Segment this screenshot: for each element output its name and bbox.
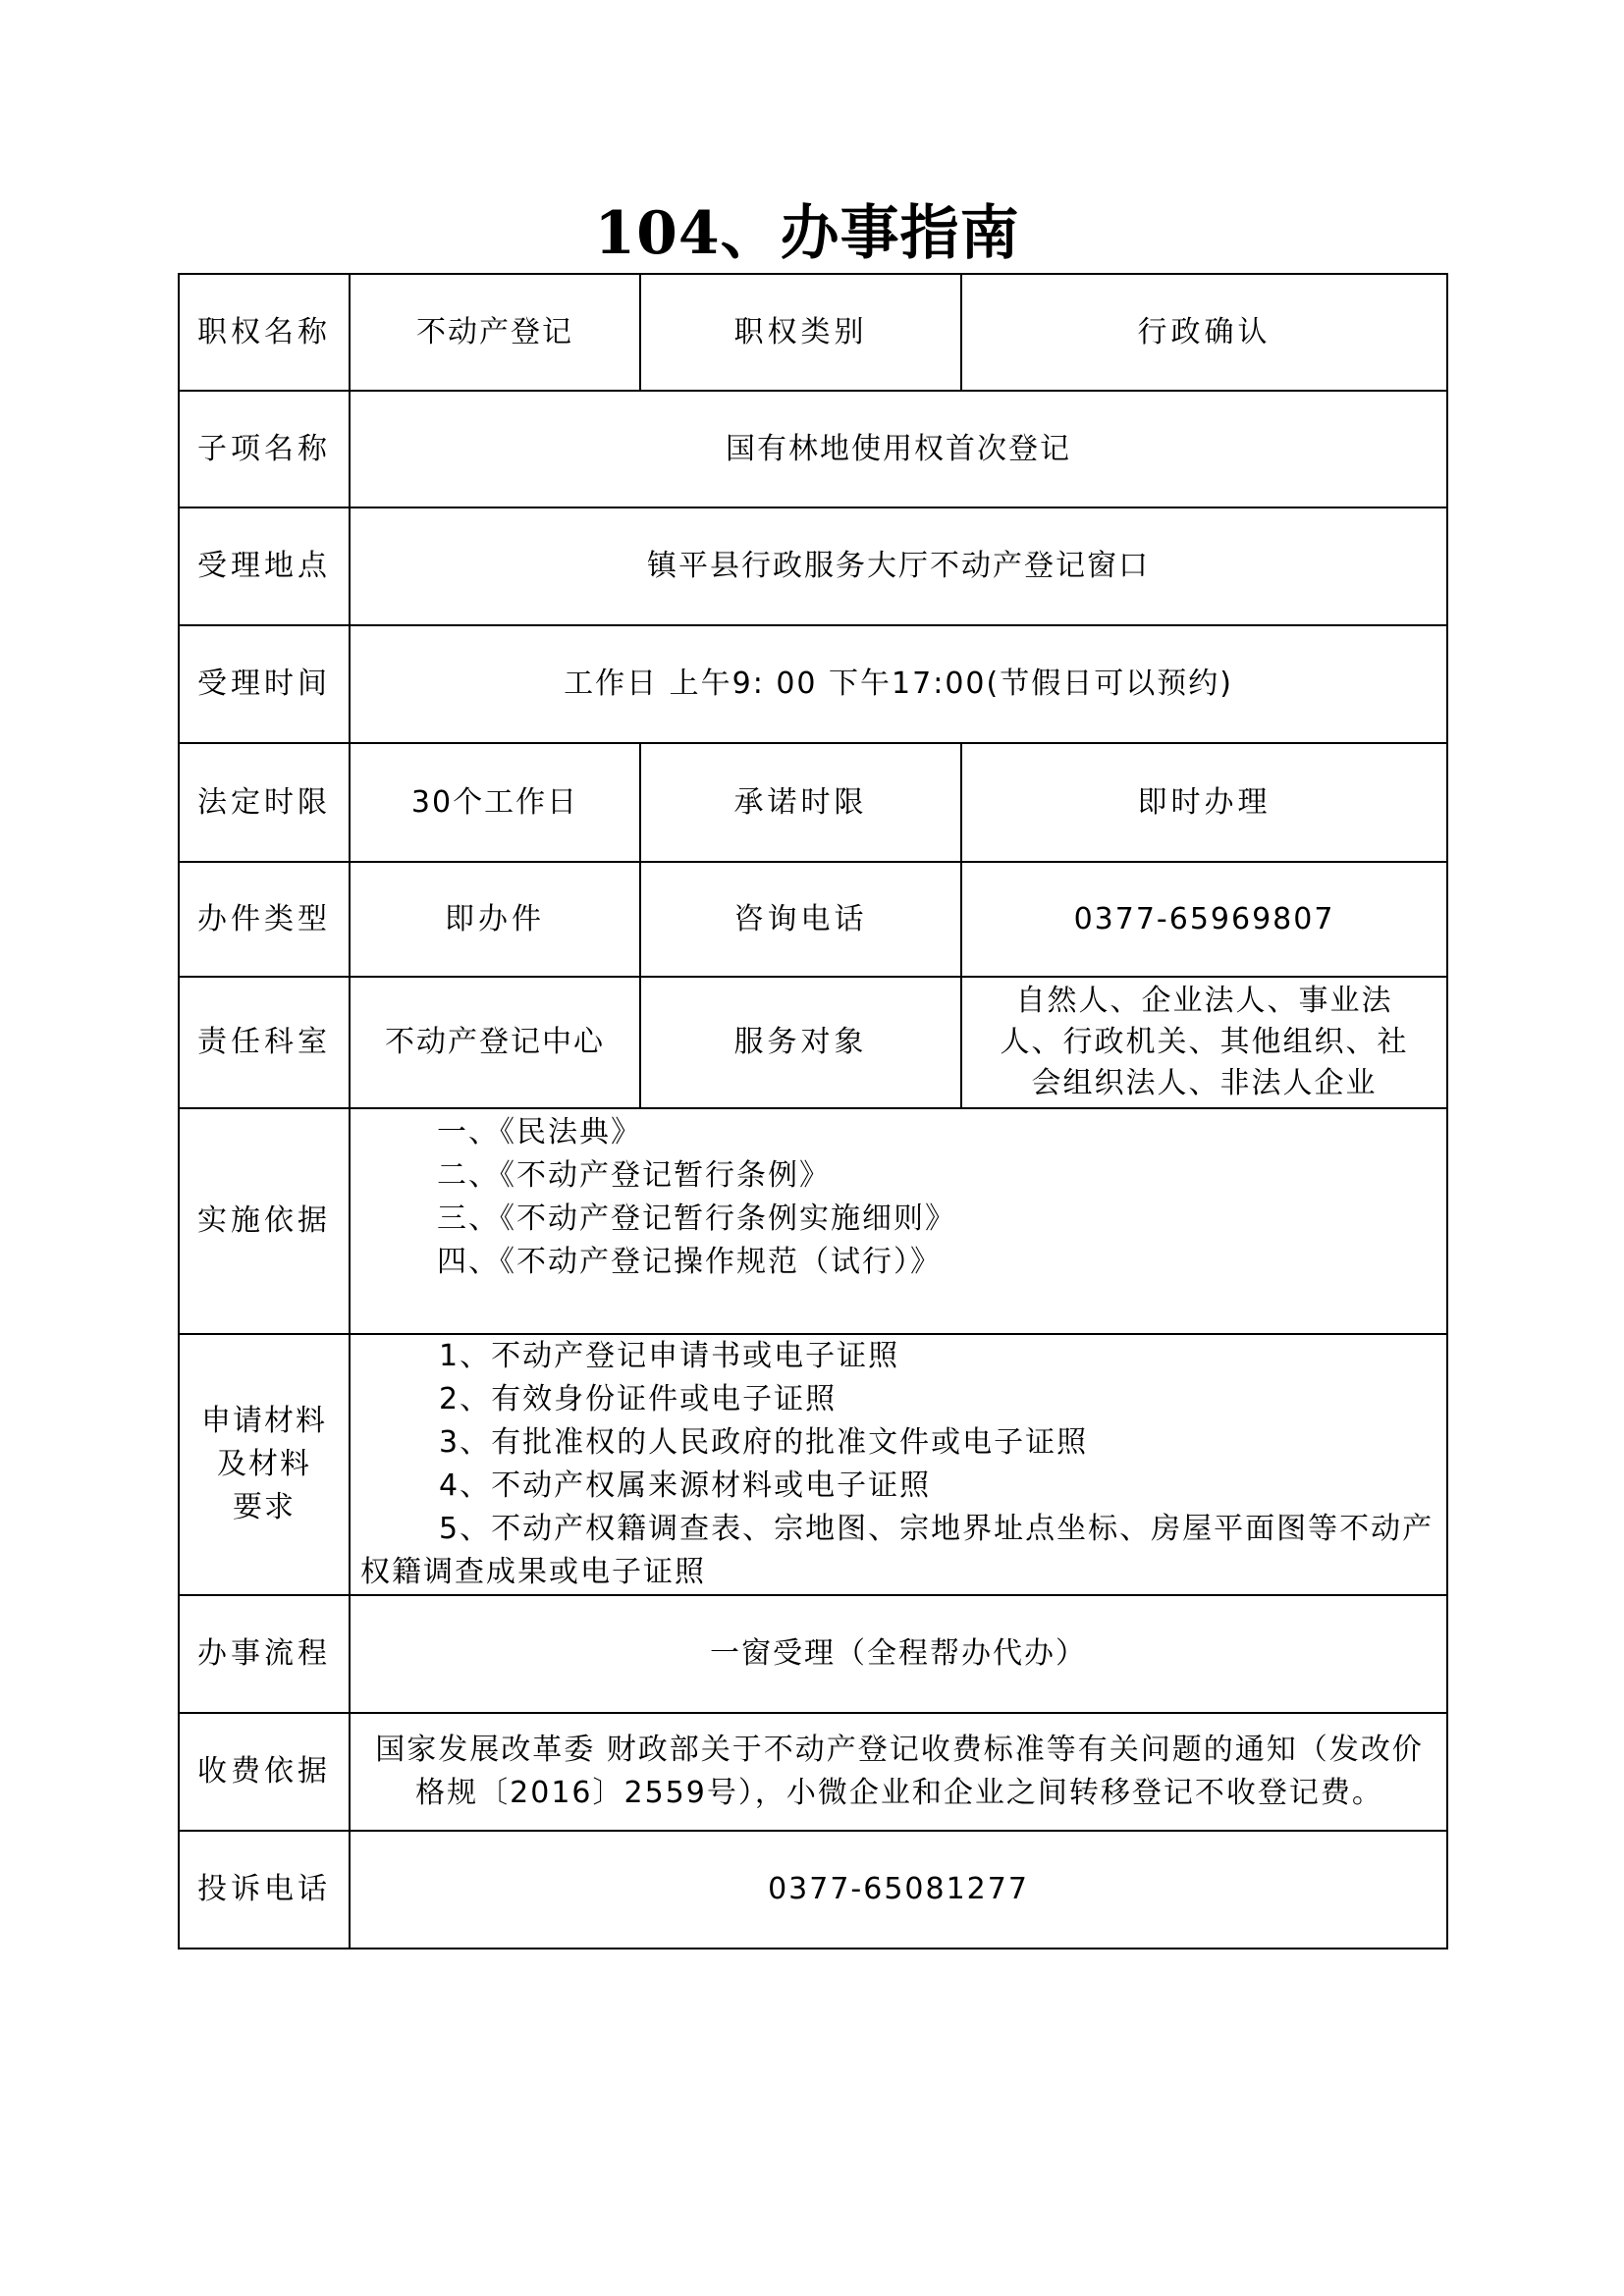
table-row-legal-basis: 实施依据 一、《民法典》 二、《不动产登记暂行条例》 三、《不动产登记暂行条例实… bbox=[179, 1108, 1447, 1334]
table-row-process: 办事流程 一窗受理（全程帮办代办） bbox=[179, 1595, 1447, 1713]
legal-basis-item: 二、《不动产登记暂行条例》 bbox=[358, 1154, 1438, 1198]
table-row-materials: 申请材料 及材料 要求 1、不动产登记申请书或电子证照 2、有效身份证件或电子证… bbox=[179, 1334, 1447, 1595]
process-label: 办事流程 bbox=[179, 1595, 350, 1713]
hours-label: 受理时间 bbox=[179, 625, 350, 743]
legal-basis-list: 一、《民法典》 二、《不动产登记暂行条例》 三、《不动产登记暂行条例实施细则》 … bbox=[350, 1108, 1447, 1334]
service-target-line: 会组织法人、非法人企业 bbox=[970, 1063, 1438, 1104]
legal-time-limit-label: 法定时限 bbox=[179, 743, 350, 862]
materials-label-line: 要求 bbox=[188, 1486, 341, 1529]
consult-phone-label: 咨询电话 bbox=[640, 862, 961, 977]
service-target-value: 自然人、企业法人、事业法 人、行政机关、其他组织、社 会组织法人、非法人企业 bbox=[961, 977, 1447, 1108]
table-row-fee-basis: 收费依据 国家发展改革委 财政部关于不动产登记收费标准等有关问题的通知（发改价格… bbox=[179, 1713, 1447, 1831]
complaint-phone-label: 投诉电话 bbox=[179, 1831, 350, 1949]
location-value: 镇平县行政服务大厅不动产登记窗口 bbox=[350, 507, 1447, 625]
authority-name-value: 不动产登记 bbox=[350, 274, 640, 391]
department-value: 不动产登记中心 bbox=[350, 977, 640, 1108]
sub-item-value: 国有林地使用权首次登记 bbox=[350, 391, 1447, 507]
material-item: 3、有批准权的人民政府的批准文件或电子证照 bbox=[360, 1421, 1440, 1465]
table-row-sub-item: 子项名称 国有林地使用权首次登记 bbox=[179, 391, 1447, 507]
authority-name-label: 职权名称 bbox=[179, 274, 350, 391]
table-row-hours: 受理时间 工作日 上午9: 00 下午17:00(节假日可以预约) bbox=[179, 625, 1447, 743]
case-type-label: 办件类型 bbox=[179, 862, 350, 977]
material-item: 1、不动产登记申请书或电子证照 bbox=[360, 1335, 1440, 1378]
materials-label-line: 申请材料 bbox=[188, 1400, 341, 1443]
location-label: 受理地点 bbox=[179, 507, 350, 625]
material-item: 5、不动产权籍调查表、宗地图、宗地界址点坐标、房屋平面图等不动产权籍调查成果或电… bbox=[360, 1508, 1440, 1594]
service-guide-table: 职权名称 不动产登记 职权类别 行政确认 子项名称 国有林地使用权首次登记 受理… bbox=[178, 273, 1448, 1949]
materials-label-line: 及材料 bbox=[188, 1443, 341, 1486]
department-label: 责任科室 bbox=[179, 977, 350, 1108]
process-value: 一窗受理（全程帮办代办） bbox=[350, 1595, 1447, 1713]
promised-time-limit-label: 承诺时限 bbox=[640, 743, 961, 862]
service-target-label: 服务对象 bbox=[640, 977, 961, 1108]
fee-basis-label: 收费依据 bbox=[179, 1713, 350, 1831]
page-title: 104、办事指南 bbox=[0, 196, 1624, 271]
fee-basis-value: 国家发展改革委 财政部关于不动产登记收费标准等有关问题的通知（发改价格规〔201… bbox=[350, 1713, 1447, 1831]
materials-list: 1、不动产登记申请书或电子证照 2、有效身份证件或电子证照 3、有批准权的人民政… bbox=[350, 1334, 1447, 1595]
table-row-location: 受理地点 镇平县行政服务大厅不动产登记窗口 bbox=[179, 507, 1447, 625]
table-row-time-limit: 法定时限 30个工作日 承诺时限 即时办理 bbox=[179, 743, 1447, 862]
legal-basis-item: 四、《不动产登记操作规范（试行）》 bbox=[358, 1241, 1438, 1284]
material-item: 4、不动产权属来源材料或电子证照 bbox=[360, 1465, 1440, 1508]
authority-type-value: 行政确认 bbox=[961, 274, 1447, 391]
service-target-line: 自然人、企业法人、事业法 bbox=[970, 981, 1438, 1022]
hours-value: 工作日 上午9: 00 下午17:00(节假日可以预约) bbox=[350, 625, 1447, 743]
complaint-phone-value: 0377-65081277 bbox=[350, 1831, 1447, 1949]
table-row-case-type: 办件类型 即办件 咨询电话 0377-65969807 bbox=[179, 862, 1447, 977]
consult-phone-value: 0377-65969807 bbox=[961, 862, 1447, 977]
material-item: 2、有效身份证件或电子证照 bbox=[360, 1378, 1440, 1421]
service-target-line: 人、行政机关、其他组织、社 bbox=[970, 1022, 1438, 1063]
table-row-authority: 职权名称 不动产登记 职权类别 行政确认 bbox=[179, 274, 1447, 391]
authority-type-label: 职权类别 bbox=[640, 274, 961, 391]
legal-basis-item: 三、《不动产登记暂行条例实施细则》 bbox=[358, 1198, 1438, 1241]
legal-basis-item: 一、《民法典》 bbox=[358, 1111, 1438, 1154]
table-row-complaint: 投诉电话 0377-65081277 bbox=[179, 1831, 1447, 1949]
legal-time-limit-value: 30个工作日 bbox=[350, 743, 640, 862]
materials-label: 申请材料 及材料 要求 bbox=[179, 1334, 350, 1595]
legal-basis-label: 实施依据 bbox=[179, 1108, 350, 1334]
case-type-value: 即办件 bbox=[350, 862, 640, 977]
promised-time-limit-value: 即时办理 bbox=[961, 743, 1447, 862]
sub-item-label: 子项名称 bbox=[179, 391, 350, 507]
table-row-department: 责任科室 不动产登记中心 服务对象 自然人、企业法人、事业法 人、行政机关、其他… bbox=[179, 977, 1447, 1108]
